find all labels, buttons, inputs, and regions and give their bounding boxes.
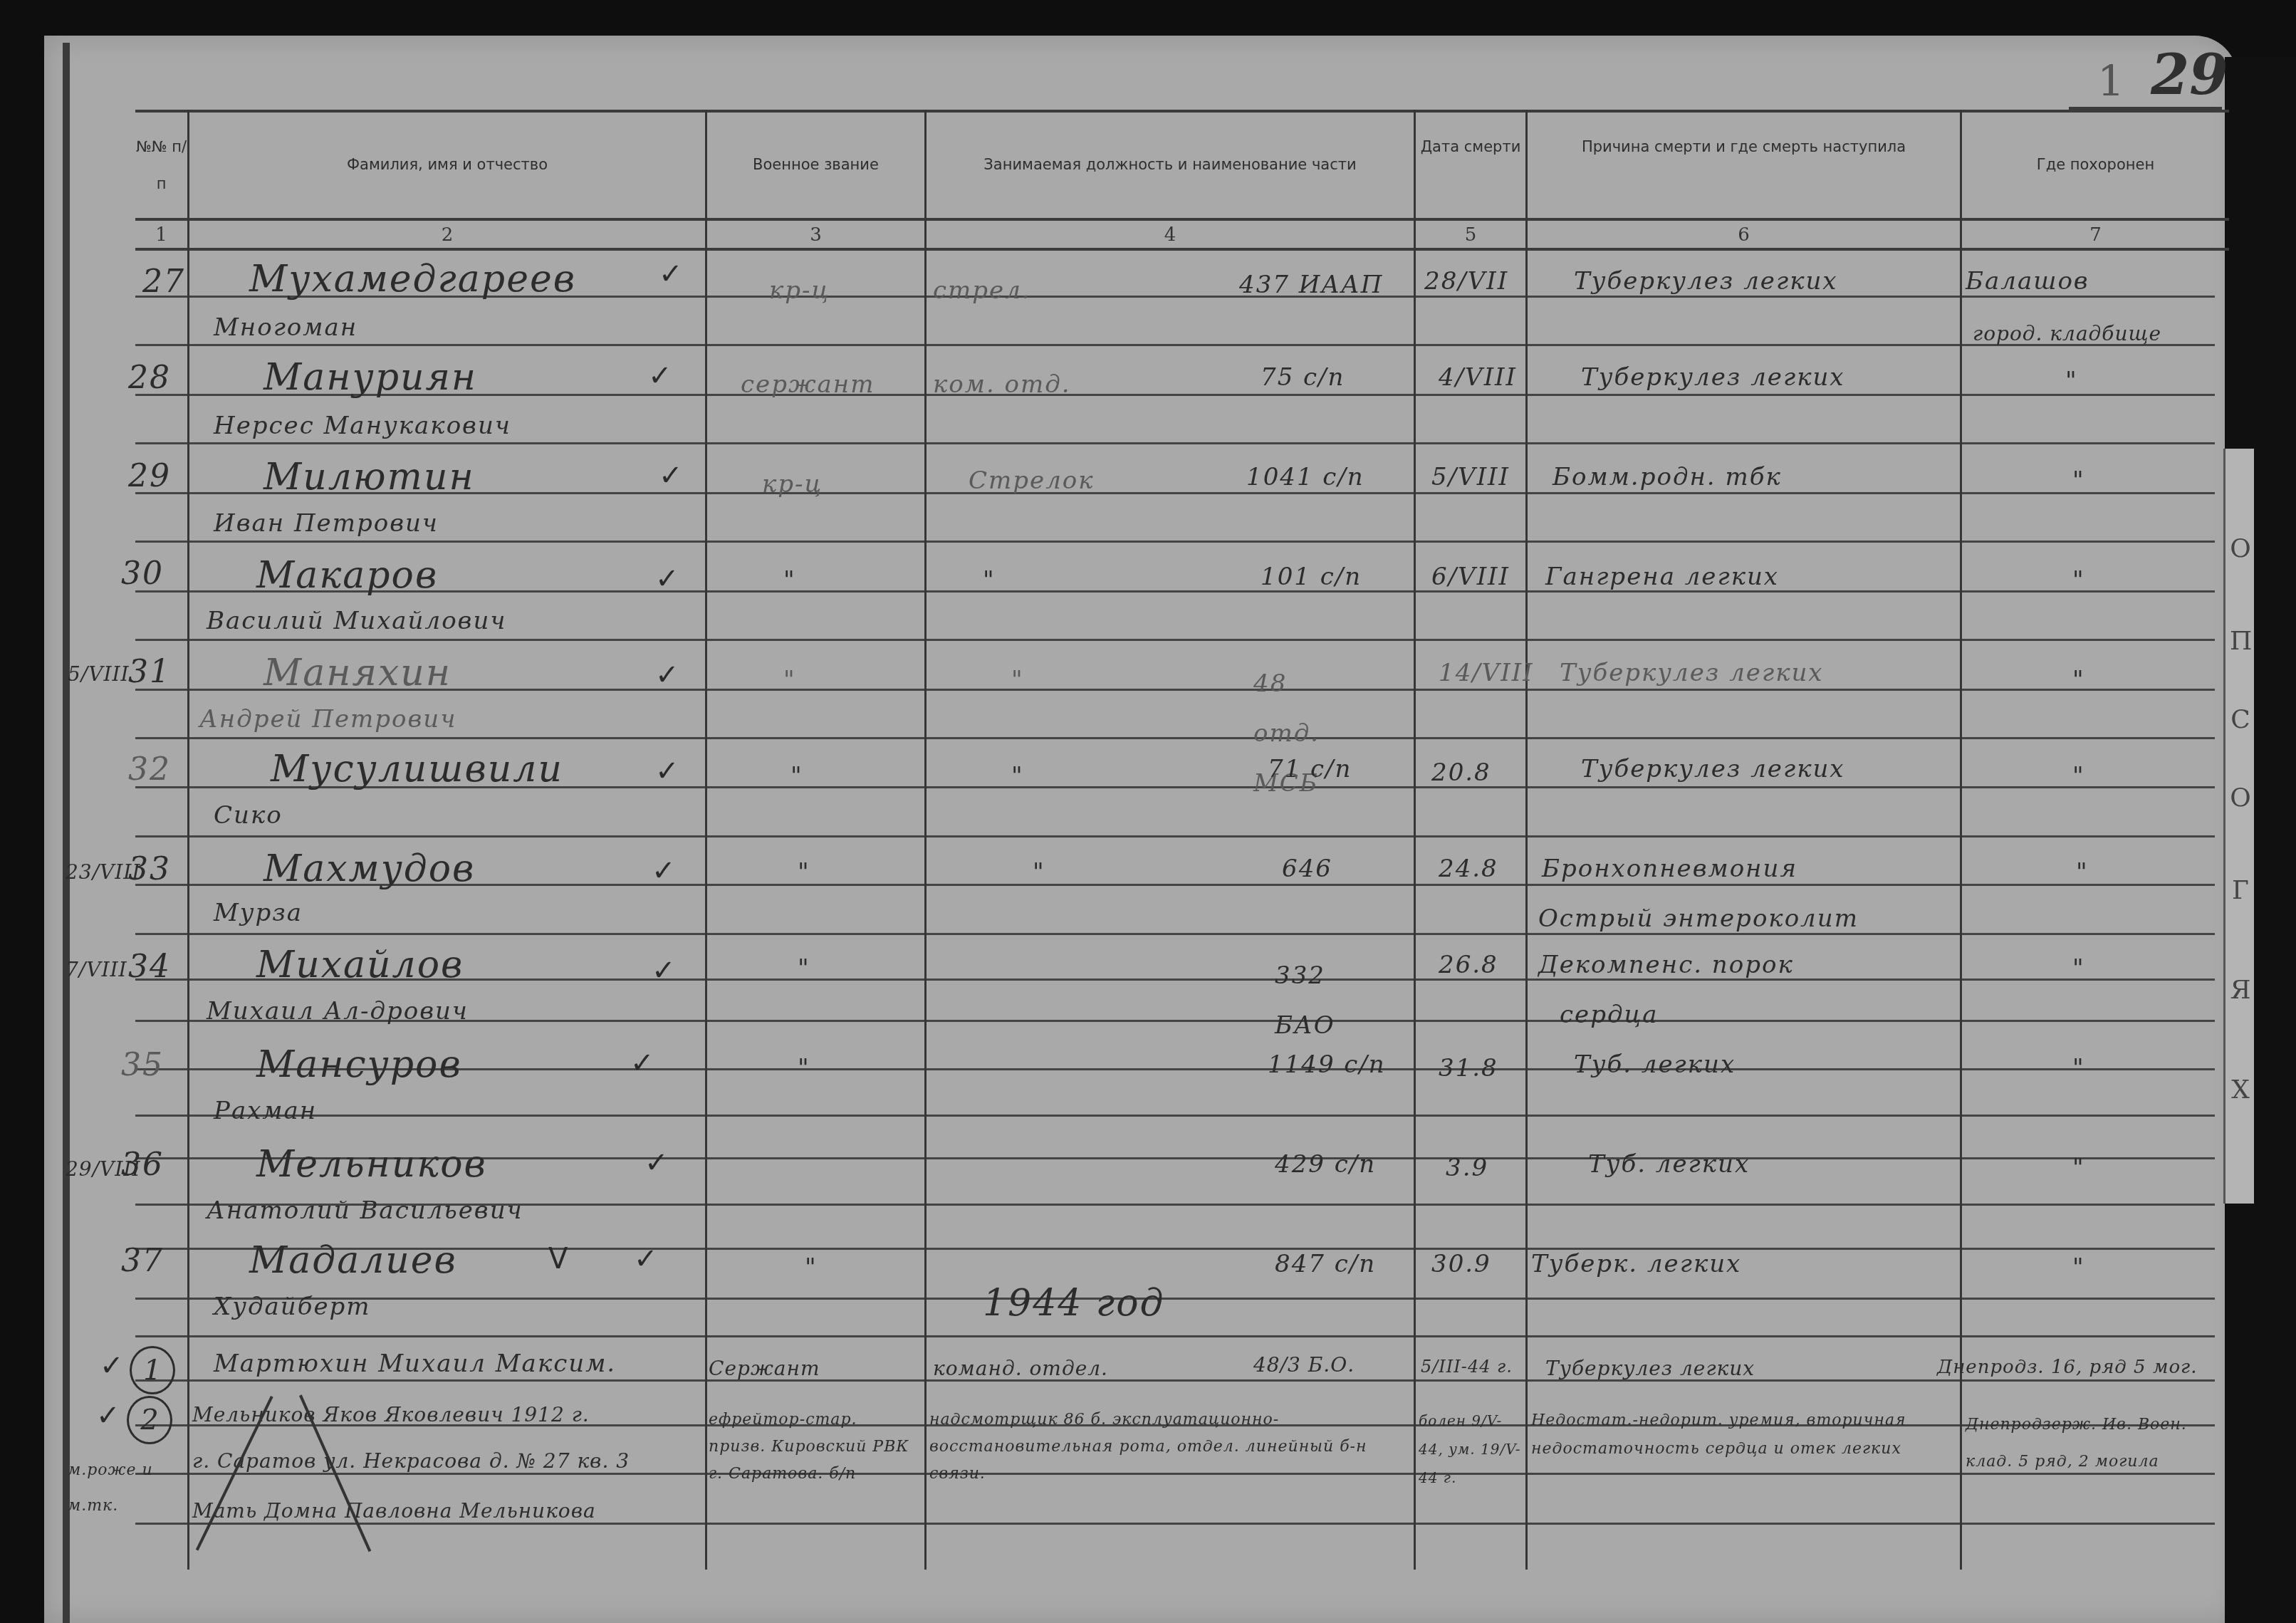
cause-of-death: Туб. легких	[1574, 1050, 1736, 1079]
given-names: Василий Михайлович	[207, 607, 506, 635]
ruled-line	[1962, 1115, 2215, 1117]
ruled-line	[1528, 442, 1960, 444]
ruled-line	[1416, 689, 1525, 691]
rank: "	[805, 1253, 818, 1282]
header-date: Дата смерти	[1416, 128, 1525, 165]
ruled-line	[1416, 835, 1525, 837]
ruled-line	[927, 1523, 1414, 1525]
cause-of-death: Декомпенс. порок	[1538, 951, 1794, 979]
burial-place: "	[2076, 858, 2089, 887]
ruled-line	[135, 737, 187, 739]
rank: кр-ц	[769, 276, 830, 305]
ruled-line	[1962, 1248, 2215, 1250]
given-names: Иван Петрович	[214, 509, 439, 538]
ruled-line	[1416, 1020, 1525, 1022]
ruled-line	[1416, 492, 1525, 494]
cause-of-death: Бронхопневмония	[1542, 855, 1797, 883]
cause-of-death: Туберкулез легких	[1560, 659, 1824, 687]
ruled-line	[707, 933, 924, 935]
ruled-line	[1528, 1204, 1960, 1206]
header-burial: Где похоронен	[1962, 146, 2229, 183]
ruled-line	[1962, 1379, 2215, 1382]
ruled-line	[1416, 884, 1525, 886]
given-names: Мурза	[214, 899, 303, 927]
ruled-line	[135, 1020, 187, 1022]
surname: Мусулишвили	[271, 748, 563, 790]
ruled-line	[135, 344, 187, 346]
ruled-line	[1962, 786, 2215, 788]
death-date: 6/VIII	[1431, 563, 1510, 591]
death-date: 14/VIII	[1439, 659, 1534, 687]
surname: Мануриян	[263, 356, 477, 399]
ruled-line	[1962, 1157, 2215, 1159]
ruled-line	[707, 1020, 924, 1022]
ruled-line	[1528, 737, 1960, 739]
ruled-line	[1962, 933, 2215, 935]
tab-letter: П	[2230, 627, 2251, 656]
unit: 429 с/п	[1275, 1150, 1376, 1179]
surname: Маняхин	[263, 652, 452, 694]
ruled-line	[1528, 639, 1960, 641]
unit: 847 с/п	[1275, 1250, 1376, 1278]
header-name: Фамилия, имя и отчество	[189, 146, 705, 183]
col-divider	[924, 110, 927, 1570]
next-of-kin: Мать Домна Павловна Мельникова	[192, 1499, 596, 1523]
check-mark: ✓	[645, 1147, 669, 1179]
ruled-line	[1962, 835, 2215, 837]
ruled-line	[1962, 979, 2215, 981]
ruled-line	[1416, 1523, 1525, 1525]
column-number: 1	[135, 224, 187, 246]
ruled-line	[135, 1204, 187, 1206]
position: стрел.	[933, 276, 1031, 305]
ruled-line	[135, 835, 187, 837]
row-number: 33	[128, 851, 171, 887]
row-number: 27	[142, 263, 185, 300]
full-name: Мартюхин Михаил Максим.	[214, 1350, 616, 1378]
ruled-line	[1962, 639, 2215, 641]
address: г. Саратов ул. Некрасова д. № 27 кв. 3	[192, 1449, 630, 1473]
death-date: 3.9	[1446, 1154, 1488, 1182]
given-names: Сико	[214, 801, 283, 830]
death-date: 20.8	[1431, 758, 1491, 787]
margin-note: 7/VIII	[66, 958, 127, 981]
ruled-line	[1962, 1298, 2215, 1300]
cause-of-death: Туб. легких	[1588, 1150, 1750, 1179]
column-number: 5	[1416, 224, 1525, 246]
ruled-line	[189, 541, 705, 543]
burial-place: "	[2072, 1154, 2085, 1182]
ruled-line	[1528, 835, 1960, 837]
death-date: 26.8	[1439, 951, 1498, 979]
check-mark: ✓	[659, 459, 683, 492]
year-note: 1944 год	[983, 1282, 1164, 1325]
check-mark: ✓	[648, 360, 672, 392]
rank: Сержант	[709, 1357, 820, 1380]
tab-letter: Х	[2230, 1075, 2251, 1105]
row-number: 31	[128, 654, 171, 690]
cause-of-death: Бомм.родн. тбк	[1553, 463, 1782, 491]
rank: ефрейтор-стар. призв. Кировский РВК г. С…	[709, 1407, 915, 1488]
burial-place: "	[2072, 1054, 2085, 1082]
index-tab-strip: О П С О Г Я Х	[2223, 449, 2254, 1204]
ruled-line	[1528, 541, 1960, 543]
position: "	[1011, 762, 1024, 790]
cause-of-death-line2: сердца	[1560, 1001, 1658, 1029]
ruled-line	[1416, 1379, 1525, 1382]
ruled-line	[1416, 442, 1525, 444]
burial-place: Днепродзерж. Ив. Воен. клад. 5 ряд, 2 мо…	[1966, 1407, 2222, 1481]
surname: Мадалиев	[249, 1239, 457, 1282]
row-number: 36	[121, 1147, 164, 1183]
given-names: Нерсес Манукакович	[214, 412, 511, 440]
death-date: 4/VIII	[1439, 363, 1517, 392]
ruled-line	[927, 639, 1414, 641]
ruled-line	[707, 1523, 924, 1525]
ruled-line	[707, 344, 924, 346]
ruled-line	[707, 1248, 924, 1250]
margin-note: м.роже и м.тк.	[68, 1453, 174, 1524]
rank: кр-ц	[762, 470, 823, 499]
full-name: Мельников Яков Яковлевич 1912 г.	[192, 1403, 590, 1426]
ruled-line	[1962, 442, 2215, 444]
ruled-line	[927, 541, 1414, 543]
col-divider	[1525, 110, 1528, 1570]
cause-of-death: Туберкулез легких	[1545, 1357, 1755, 1380]
ruled-line	[135, 639, 187, 641]
ruled-line	[1962, 1204, 2215, 1206]
ruled-line	[135, 933, 187, 935]
ruled-line	[1962, 492, 2215, 494]
death-date: 31.8	[1439, 1054, 1498, 1082]
position: "	[1033, 858, 1045, 887]
col-divider	[705, 110, 707, 1570]
ruled-line	[189, 1335, 705, 1337]
ruled-line	[1528, 933, 1960, 935]
ruled-line	[189, 737, 705, 739]
ruled-line	[707, 590, 924, 593]
ruled-line	[707, 541, 924, 543]
circled-entry-number: 1	[130, 1346, 175, 1394]
ruled-line	[1528, 1523, 1960, 1525]
death-date: болен 9/V-44, ум. 19/V-44 г.	[1419, 1407, 1525, 1492]
given-names: Худайберт	[214, 1293, 371, 1321]
header-rank: Военное звание	[707, 146, 924, 183]
given-names: Многоман	[214, 313, 358, 342]
circled-entry-number: 2	[127, 1396, 172, 1444]
unit: 1041 с/п	[1246, 463, 1364, 491]
ruled-line	[1528, 884, 1960, 886]
column-number: 6	[1528, 224, 1960, 246]
surname: Мухамедгареев	[249, 258, 576, 301]
ruled-line	[707, 689, 924, 691]
check-mark: V ✓	[548, 1243, 687, 1275]
ruled-line	[1416, 344, 1525, 346]
burial-place: "	[2072, 566, 2085, 595]
burial-place: "	[2072, 466, 2085, 495]
tab-letter: Г	[2230, 876, 2251, 905]
unit: 71 с/п	[1268, 755, 1352, 783]
given-names: Михаил Ал-дрович	[207, 997, 469, 1026]
ruled-line	[1962, 394, 2215, 396]
ruled-line	[707, 1157, 924, 1159]
unit: 437 ИААП	[1239, 271, 1384, 299]
death-date: 5/III-44 г.	[1421, 1357, 1513, 1377]
death-date: 30.9	[1431, 1250, 1491, 1278]
check-mark: ✓	[630, 1047, 654, 1080]
given-names: Андрей Петрович	[199, 705, 456, 734]
cause-of-death: Недостат.-недорит. уремия, вторичная нед…	[1531, 1407, 1958, 1463]
tab-letter: С	[2230, 705, 2251, 734]
tab-letter: О	[2230, 783, 2251, 813]
ruled-line	[707, 639, 924, 641]
surname: Милютин	[263, 456, 475, 499]
ruled-line	[189, 1379, 705, 1382]
rank: "	[798, 858, 810, 887]
rank: "	[783, 566, 796, 595]
ruled-line	[135, 1335, 187, 1337]
unit: 75 с/п	[1261, 363, 1345, 392]
unit: 332 БАО	[1275, 951, 1346, 1050]
ruled-line	[1416, 1335, 1525, 1337]
header-position: Занимаемая должность и наименование част…	[927, 146, 1414, 183]
page-number: 29	[2151, 43, 2228, 108]
surname: Мельников	[256, 1143, 487, 1186]
cause-of-death: Туберк. легких	[1531, 1250, 1741, 1278]
check-mark: ✓	[96, 1399, 120, 1432]
ruled-line	[707, 1068, 924, 1070]
rank: сержант	[741, 370, 875, 399]
cause-of-death: Туберкулез легких	[1581, 363, 1845, 392]
ruled-line	[1962, 689, 2215, 691]
burial-place: "	[2072, 1253, 2085, 1282]
ruled-line	[1528, 786, 1960, 788]
ruled-line	[1962, 1523, 2215, 1525]
col-divider	[1960, 110, 1962, 1570]
death-date: 5/VIII	[1431, 463, 1510, 491]
position: ком. отд.	[933, 370, 1071, 399]
header-cause: Причина смерти и где смерть наступила	[1528, 128, 1960, 165]
ruled-line	[707, 1298, 924, 1300]
rank: "	[798, 1054, 810, 1082]
ruled-line	[707, 835, 924, 837]
ruled-line	[707, 1115, 924, 1117]
header-rule	[135, 218, 2229, 221]
check-mark: ✓	[655, 755, 679, 788]
ruled-line	[1416, 933, 1525, 935]
column-number: 2	[189, 224, 705, 246]
death-date: 28/VII	[1424, 267, 1508, 296]
ruled-line	[1416, 1115, 1525, 1117]
position: "	[1011, 666, 1024, 694]
table-top-rule	[135, 110, 2229, 113]
ruled-line	[135, 541, 187, 543]
ruled-line	[1962, 590, 2215, 593]
tab-letter: Я	[2230, 976, 2251, 1005]
col-divider	[187, 110, 189, 1570]
ruled-line	[927, 933, 1414, 935]
page-binding	[63, 43, 70, 1623]
row-number: 28	[128, 360, 171, 396]
column-number: 4	[927, 224, 1414, 246]
check-mark: ✓	[655, 659, 679, 692]
unit: 1149 с/п	[1268, 1050, 1386, 1079]
check-mark: ✓	[652, 954, 676, 987]
rank: "	[798, 954, 810, 983]
ruled-line	[1528, 296, 1960, 298]
row-number: 29	[128, 458, 171, 494]
given-names: Рахман	[214, 1097, 317, 1125]
row-number: 34	[128, 949, 171, 985]
surname: Макаров	[256, 554, 438, 597]
ruled-line	[1528, 492, 1960, 494]
cause-of-death-line2: Острый энтероколит	[1538, 904, 1859, 933]
ruled-line	[1416, 639, 1525, 641]
ruled-line	[135, 1298, 187, 1300]
unit: 101 с/п	[1261, 563, 1362, 591]
column-number: 3	[707, 224, 924, 246]
col-divider	[1414, 110, 1416, 1570]
ruled-line	[707, 1335, 924, 1337]
ruled-line	[1528, 1298, 1960, 1300]
ruled-line	[927, 884, 1414, 886]
cause-of-death: Туберкулез легких	[1581, 755, 1845, 783]
ruled-line	[1416, 1298, 1525, 1300]
ruled-line	[1416, 737, 1525, 739]
ruled-line	[1416, 541, 1525, 543]
row-number: 35	[121, 1047, 164, 1083]
check-mark: ✓	[100, 1350, 124, 1382]
ruled-line	[707, 1204, 924, 1206]
ruled-line	[707, 442, 924, 444]
position: Стрелок	[969, 466, 1095, 495]
ruled-line	[189, 835, 705, 837]
burial-place: "	[2072, 762, 2085, 790]
burial-place: "	[2072, 954, 2085, 983]
check-mark: ✓	[655, 563, 679, 595]
cause-of-death: Туберкулез легких	[1574, 267, 1838, 296]
burial-place-detail: город. кладбище	[1973, 322, 2161, 345]
burial-place: Днепродз. 16, ряд 5 мог.	[1937, 1357, 2198, 1378]
position: команд. отдел.	[933, 1357, 1108, 1380]
cause-of-death: Гангрена легких	[1545, 563, 1779, 591]
ruled-line	[135, 1115, 187, 1117]
ruled-line	[927, 1335, 1414, 1337]
ruled-line	[189, 1523, 705, 1525]
margin-note: 5/VIII	[68, 662, 130, 686]
given-names: Анатолий Васильевич	[207, 1196, 523, 1225]
check-mark: ✓	[659, 258, 683, 291]
ruled-line	[927, 1115, 1414, 1117]
ruled-line	[707, 737, 924, 739]
burial-place: Балашов	[1966, 267, 2089, 296]
ruled-line	[1962, 1068, 2215, 1070]
ruled-line	[707, 979, 924, 981]
ruled-line	[1528, 1473, 1960, 1475]
ruled-line	[1962, 1335, 2215, 1337]
ruled-line	[135, 442, 187, 444]
unit: 48 отд. МСБ	[1253, 659, 1360, 808]
ruled-line	[707, 884, 924, 886]
ruled-line	[927, 835, 1414, 837]
rank: "	[790, 762, 803, 790]
ruled-line	[1528, 1335, 1960, 1337]
ruled-line	[927, 1204, 1414, 1206]
surname: Михайлов	[256, 944, 464, 986]
check-mark: ✓	[652, 855, 676, 887]
unit: 48/3 Б.О.	[1253, 1353, 1355, 1377]
ruled-line	[1528, 344, 1960, 346]
ruled-line	[189, 933, 705, 935]
ruled-line	[1962, 296, 2215, 298]
row-number: 32	[128, 751, 171, 788]
ruled-line	[1962, 737, 2215, 739]
row-number: 30	[121, 555, 164, 592]
ruled-line	[1416, 296, 1525, 298]
death-date: 24.8	[1439, 855, 1498, 883]
ruled-line	[1416, 394, 1525, 396]
ruled-line	[189, 639, 705, 641]
ruled-line	[927, 442, 1414, 444]
surname: Мансуров	[256, 1043, 462, 1086]
position: "	[983, 566, 996, 595]
rank: "	[783, 666, 796, 694]
ruled-line	[1528, 1115, 1960, 1117]
ruled-line	[1416, 1204, 1525, 1206]
surname: Махмудов	[263, 847, 475, 890]
unit: 646	[1282, 855, 1332, 883]
header-num: №№ п/п	[135, 128, 187, 202]
position: надсмотрщик 86 б. эксплуатационно-восста…	[929, 1407, 1407, 1488]
ruled-line	[189, 344, 705, 346]
burial-place: "	[2065, 367, 2078, 395]
colnum-rule	[135, 248, 2229, 251]
ruled-line	[1962, 541, 2215, 543]
row-number: 37	[121, 1243, 164, 1279]
burial-place: "	[2072, 666, 2085, 694]
ruled-line	[1528, 689, 1960, 691]
ruled-line	[707, 786, 924, 788]
column-number: 7	[1962, 224, 2229, 246]
ruled-line	[189, 442, 705, 444]
ruled-line	[927, 344, 1414, 346]
page-number-mark: 1	[2097, 57, 2124, 107]
ruled-line	[1528, 394, 1960, 396]
ruled-line	[1962, 1020, 2215, 1022]
ruled-line	[189, 1473, 705, 1475]
tab-letter: О	[2230, 534, 2251, 563]
